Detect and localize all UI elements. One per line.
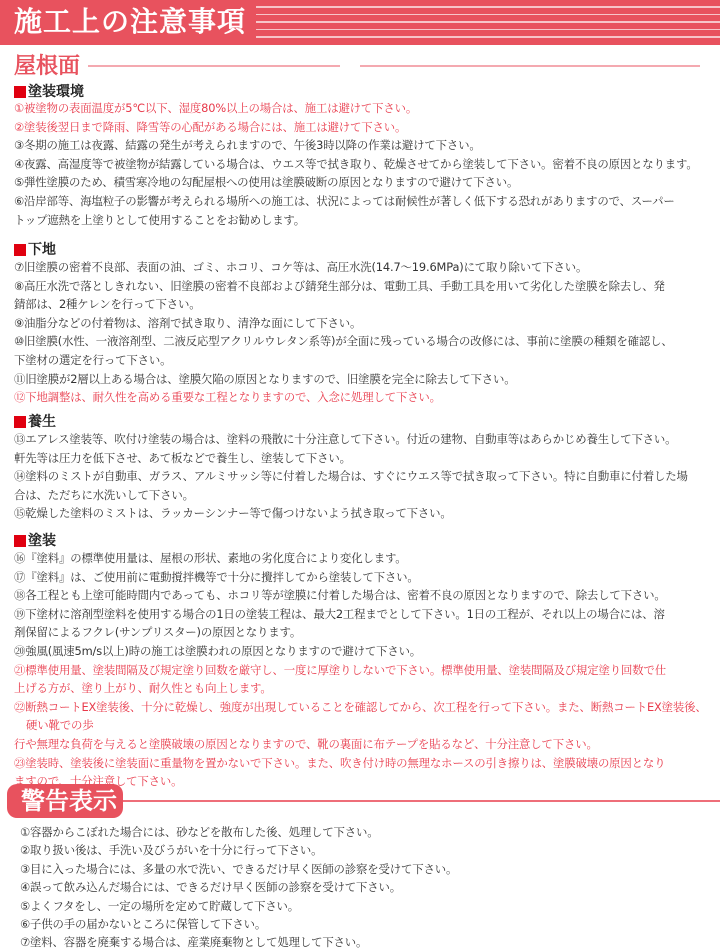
list-item: ②取り扱い後は、手洗い及びうがいを十分に行って下さい。: [20, 841, 710, 859]
list-item: ①容器からこぼれた場合には、砂などを散布した後、処理して下さい。: [20, 823, 710, 841]
list-curing: ⑬エアレス塗装等、吹付け塗装の場合は、塗料の飛散に十分注意して下さい。付近の建物…: [14, 430, 714, 523]
list-item: ㉑標準使用量、塗装間隔及び規定塗り回数を厳守し、一度に厚塗りしないで下さい。標準…: [14, 661, 714, 698]
list-coating-environment: ①被塗物の表面温度が5℃以下、湿度80%以上の場合は、施工は避けて下さい。 ②塗…: [14, 99, 714, 229]
list-item: ①被塗物の表面温度が5℃以下、湿度80%以上の場合は、施工は避けて下さい。: [14, 99, 714, 118]
list-item: ㉒断熱コートEX塗装後、十分に乾燥し、強度が出現していることを確認してから、次工…: [14, 698, 714, 754]
warning-divider: [123, 800, 720, 802]
list-item: ⑫下地調整は、耐久性を高める重要な工程となりますので、入念に処理して下さい。: [14, 388, 714, 407]
main-header: 施工上の注意事項: [0, 0, 720, 45]
list-painting: ⑯『塗料』の標準使用量は、屋根の形状、素地の劣化度合により変化します。 ⑰『塗料…: [14, 549, 714, 791]
list-item: ⑥沿岸部等、海塩粒子の影響が考えられる場所への施工は、状況によっては耐候性が著し…: [14, 192, 714, 229]
warning-badge: 警告表示: [7, 784, 123, 818]
warning-title: 警告表示: [21, 785, 117, 817]
list-item: ⑤よくフタをし、一定の場所を定めて貯蔵して下さい。: [20, 897, 710, 915]
list-item: ③冬期の施工は夜露、結露の発生が考えられますので、午後3時以降の作業は避けて下さ…: [14, 136, 714, 155]
page-title: 施工上の注意事項: [14, 4, 246, 40]
list-item: ⑳強風(風速5m/s以上)時の施工は塗膜われの原因となりますので避けて下さい。: [14, 642, 714, 661]
list-item: ⑦塗料、容器を廃棄する場合は、産業廃棄物として処理して下さい。: [20, 933, 710, 951]
section-title: 屋根面: [14, 52, 80, 82]
red-square-bullet-icon: [14, 244, 26, 256]
list-item: ⑦旧塗膜の密着不良部、表面の油、ゴミ、ホコリ、コケ等は、高圧水洗(14.7～19…: [14, 258, 714, 277]
list-item: ⑰『塗料』は、ご使用前に電動撹拌機等で十分に攪拌してから塗装して下さい。: [14, 568, 714, 587]
list-item: ④誤って飲み込んだ場合には、できるだけ早く医師の診察を受けて下さい。: [20, 878, 710, 896]
list-item: ②塗装後翌日まで降雨、降雪等の心配がある場合には、施工は避けて下さい。: [14, 118, 714, 137]
list-item: ⑬エアレス塗装等、吹付け塗装の場合は、塗料の飛散に十分注意して下さい。付近の建物…: [14, 430, 714, 467]
list-item: ⑲下塗材に溶剤型塗料を使用する場合の1日の塗装工程は、最大2工程までとして下さい…: [14, 605, 714, 642]
list-item: ⑯『塗料』の標準使用量は、屋根の形状、素地の劣化度合により変化します。: [14, 549, 714, 568]
list-item: ⑪旧塗膜が2層以上ある場合は、塗膜欠陥の原因となりますので、旧塗膜を完全に除去し…: [14, 370, 714, 389]
list-item: ③目に入った場合には、多量の水で洗い、できるだけ早く医師の診察を受けて下さい。: [20, 860, 710, 878]
list-item: ④夜露、高湿度等で被塗物が結露している場合は、ウエス等で拭き取り、乾燥させてから…: [14, 155, 714, 174]
subheading-substrate: 下地: [14, 241, 56, 259]
list-item: ⑥子供の手の届かないところに保管して下さい。: [20, 915, 710, 933]
subheading-curing: 養生: [14, 413, 56, 431]
list-item: ⑱各工程とも上塗可能時間内であっても、ホコリ等が塗膜に付着した場合は、密着不良の…: [14, 586, 714, 605]
list-item: ⑨油脂分などの付着物は、溶剤で拭き取り、清浄な面にして下さい。: [14, 314, 714, 333]
list-item: ⑧高圧水洗で落としきれない、旧塗膜の密着不良部および錆発生部分は、電動工具、手動…: [14, 277, 714, 314]
red-square-bullet-icon: [14, 416, 26, 428]
list-item: ⑮乾燥した塗料のミストは、ラッカーシンナー等で傷つけないよう拭き取って下さい。: [14, 504, 714, 523]
red-square-bullet-icon: [14, 535, 26, 547]
header-stripes: [256, 6, 720, 40]
section-divider: [88, 65, 340, 67]
subheading-painting: 塗装: [14, 532, 56, 550]
list-item: ⑩旧塗膜(水性、一液溶剤型、二液反応型アクリルウレタン系等)が全面に残っている場…: [14, 332, 714, 369]
list-item: ⑤弾性塗膜のため、積雪寒冷地の勾配屋根への使用は塗膜破断の原因となりますので避け…: [14, 173, 714, 192]
section-divider: [360, 65, 700, 67]
red-square-bullet-icon: [14, 86, 26, 98]
list-item: ⑭塗料のミストが自動車、ガラス、アルミサッシ等に付着した場合は、すぐにウエス等で…: [14, 467, 714, 504]
list-substrate: ⑦旧塗膜の密着不良部、表面の油、ゴミ、ホコリ、コケ等は、高圧水洗(14.7～19…: [14, 258, 714, 407]
list-warnings: ①容器からこぼれた場合には、砂などを散布した後、処理して下さい。 ②取り扱い後は…: [20, 823, 710, 952]
